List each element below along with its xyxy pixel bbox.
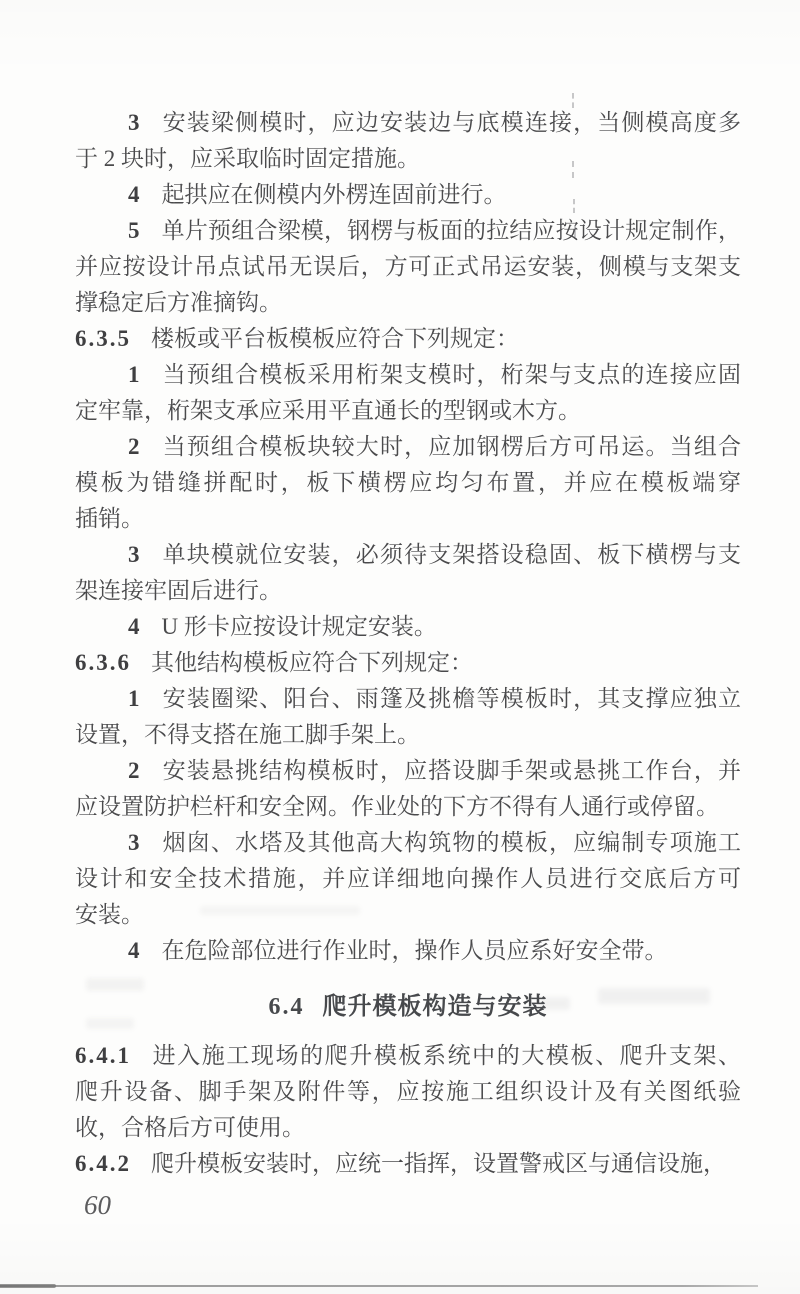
text-line: 2当预组合模板块较大时，应加钢楞后方可吊运。当组合 (75, 429, 741, 465)
text-line: 2安装悬挑结构模板时，应搭设脚手架或悬挑工作台，并 (75, 753, 741, 789)
scan-artifact (200, 906, 360, 915)
scan-artifact (86, 978, 144, 991)
text-line: 于 2 块时，应采取临时固定措施。 (75, 141, 741, 177)
page-number: 60 (84, 1190, 111, 1221)
text-line: 3单块模就位安装，必须待支架搭设稳固、板下横楞与支 (75, 537, 741, 573)
text-line: 应设置防护栏杆和安全网。作业处的下方不得有人通行或停留。 (75, 789, 741, 825)
item-number: 1 (128, 686, 140, 711)
text-line: 插销。 (75, 501, 741, 537)
text-line: 6.3.5楼板或平台板模板应符合下列规定： (75, 321, 741, 357)
text-line: 安装。 (75, 897, 741, 933)
text-column: 3安装梁侧模时，应边安装边与底模连接，当侧模高度多于 2 块时，应采取临时固定措… (75, 105, 741, 1182)
section-number: 6.3.5 (75, 326, 131, 351)
text-line: 6.3.6其他结构模板应符合下列规定： (75, 645, 741, 681)
item-number: 3 (128, 830, 140, 855)
text-line: 并应按设计吊点试吊无误后，方可正式吊运安装，侧模与支架支 (75, 249, 741, 285)
item-number: 5 (128, 218, 140, 243)
text-line: 收，合格后方可使用。 (75, 1110, 741, 1146)
scan-artifact (598, 988, 710, 1004)
text-line: 4U 形卡应按设计规定安装。 (75, 609, 741, 645)
item-number: 3 (128, 110, 140, 135)
item-number: 4 (128, 614, 140, 639)
text-line: 4起拱应在侧模内外楞连固前进行。 (75, 177, 741, 213)
item-number: 2 (128, 758, 140, 783)
scan-artifact (540, 997, 570, 1010)
page-bottom-rule-cap (0, 1284, 56, 1288)
scan-artifact (86, 1018, 134, 1029)
text-line: 1安装圈梁、阳台、雨篷及挑檐等模板时，其支撑应独立 (75, 681, 741, 717)
item-number: 2 (128, 434, 140, 459)
text-line: 1当预组合模板采用桁架支模时，桁架与支点的连接应固 (75, 357, 741, 393)
text-line: 3安装梁侧模时，应边安装边与底模连接，当侧模高度多 (75, 105, 741, 141)
heading-number: 6.4 (269, 994, 305, 1020)
scanned-document-page: 3安装梁侧模时，应边安装边与底模连接，当侧模高度多于 2 块时，应采取临时固定措… (0, 0, 800, 1294)
text-line: 3烟囱、水塔及其他高大构筑物的模板，应编制专项施工 (75, 825, 741, 861)
text-line: 设计和安全技术措施，并应详细地向操作人员进行交底后方可 (75, 861, 741, 897)
item-number: 3 (128, 542, 140, 567)
section-number: 6.3.6 (75, 650, 131, 675)
text-line: 爬升设备、脚手架及附件等，应按施工组织设计及有关图纸验 (75, 1074, 741, 1110)
item-number: 4 (128, 938, 140, 963)
text-line: 模板为错缝拼配时，板下横楞应均匀布置，并应在模板端穿 (75, 465, 741, 501)
section-number: 6.4.2 (75, 1151, 131, 1176)
text-line: 架连接牢固后进行。 (75, 573, 741, 609)
scan-artifact (574, 225, 576, 237)
scan-artifact (572, 161, 574, 178)
scan-artifact (572, 93, 574, 108)
text-line: 5单片预组合梁模，钢楞与板面的拉结应按设计规定制作， (75, 213, 741, 249)
text-line: 定牢靠，桁架支承应采用平直通长的型钢或木方。 (75, 393, 741, 429)
text-line: 6.4.2爬升模板安装时，应统一指挥，设置警戒区与通信设施， (75, 1146, 741, 1182)
item-number: 1 (128, 362, 140, 387)
heading-title: 爬升模板构造与安装 (323, 993, 548, 1020)
text-line: 6.4.1进入施工现场的爬升模板系统中的大模板、爬升支架、 (75, 1038, 741, 1074)
text-line: 4在危险部位进行作业时，操作人员应系好安全带。 (75, 933, 741, 969)
scan-artifact (573, 199, 575, 213)
text-line: 设置，不得支搭在施工脚手架上。 (75, 717, 741, 753)
page-bottom-rule (0, 1285, 758, 1287)
text-line: 撑稳定后方准摘钩。 (75, 285, 741, 321)
section-number: 6.4.1 (75, 1043, 131, 1068)
item-number: 4 (128, 182, 140, 207)
